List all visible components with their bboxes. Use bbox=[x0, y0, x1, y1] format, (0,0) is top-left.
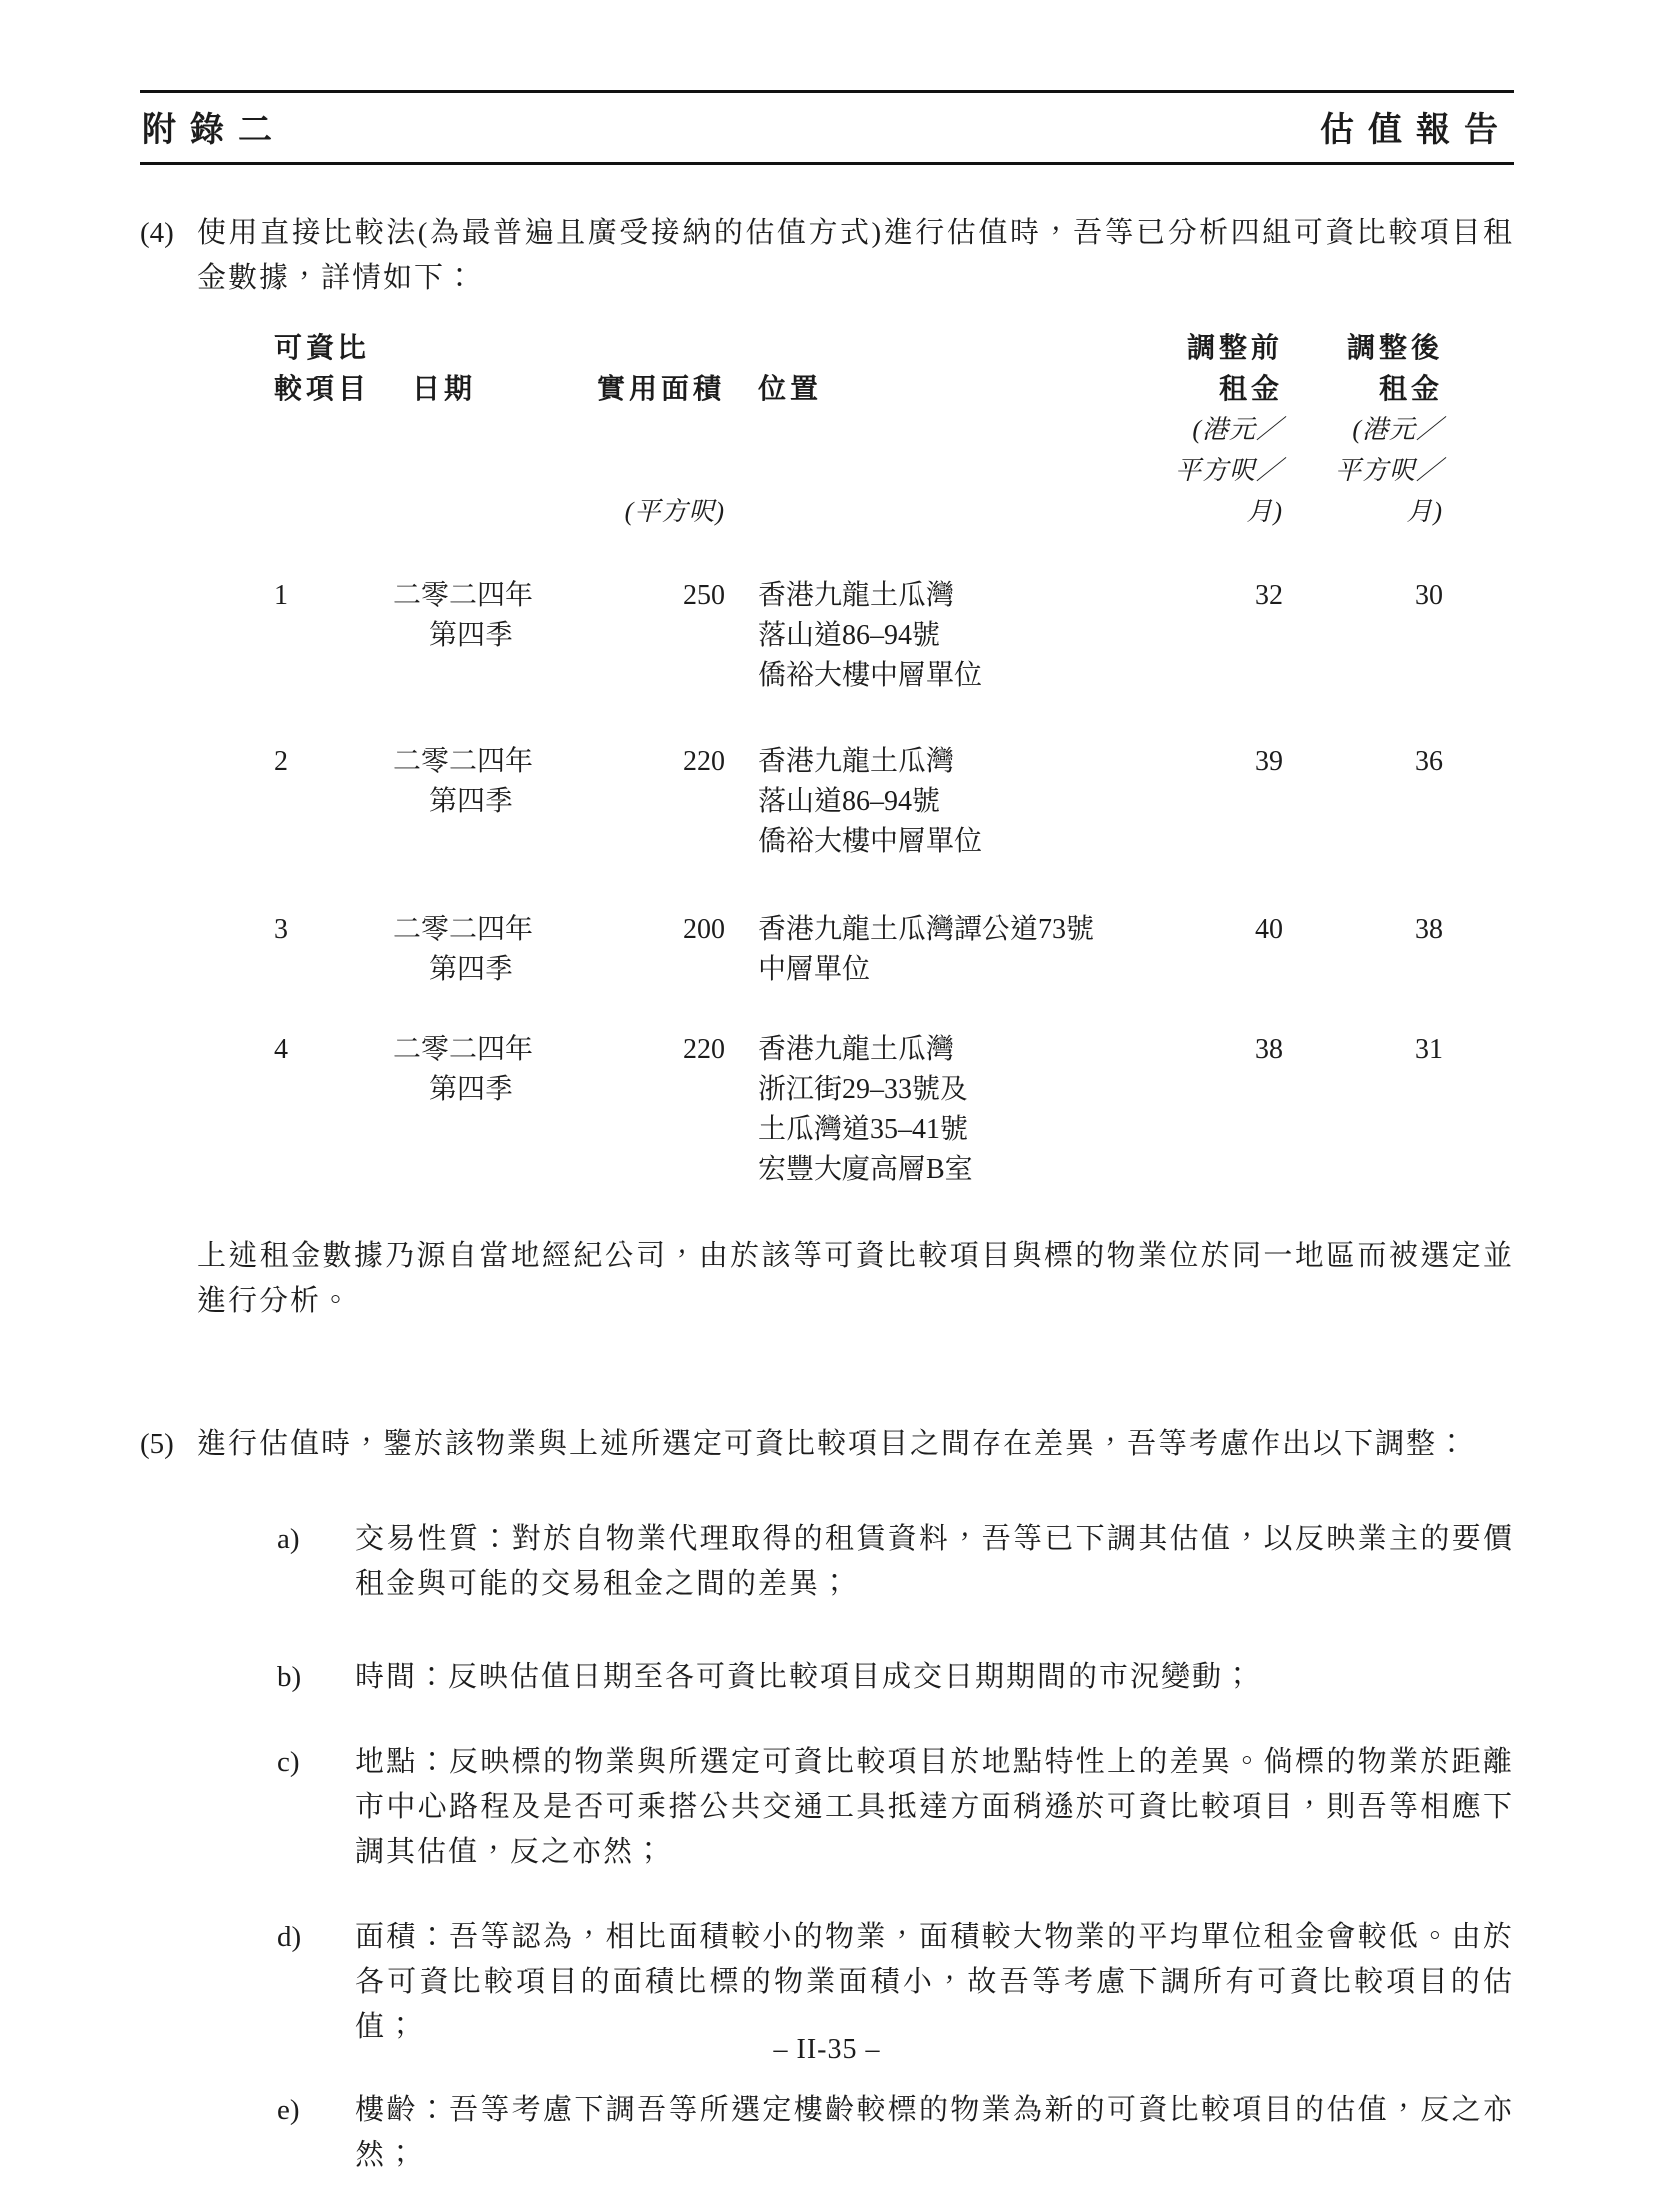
adjustment-text: 樓齡：吾等考慮下調吾等所選定樓齡較標的物業為新的可資比較項目的估值，反之亦然； bbox=[355, 2088, 1514, 2178]
adjustment-marker: d) bbox=[277, 1915, 355, 2050]
rent-before-unit-line1: (港元／ bbox=[1130, 409, 1283, 450]
row-rent-after: 30 bbox=[1283, 576, 1443, 696]
row-rent-after: 38 bbox=[1283, 910, 1443, 990]
table-row: 3 二零二四年 第四季 200 香港九龍土瓜灣譚公道73號 中層單位 40 38 bbox=[274, 910, 1443, 990]
adjustment-marker: e) bbox=[277, 2088, 355, 2178]
row-number: 1 bbox=[274, 576, 393, 696]
adjustment-item-d: d) 面積：吾等認為，相比面積較小的物業，面積較大物業的平均單位租金會較低。由於… bbox=[277, 1915, 1514, 2050]
header-appendix-title: 附錄二 bbox=[142, 102, 286, 151]
col-header-rent-before: 調整前 租金 (港元／ 平方呎／ 月) bbox=[1130, 327, 1283, 532]
rent-after-unit-line1: (港元／ bbox=[1283, 409, 1443, 450]
row-area: 250 bbox=[565, 576, 725, 696]
table-row: 1 二零二四年 第四季 250 香港九龍土瓜灣 落山道86–94號 僑裕大樓中層… bbox=[274, 576, 1443, 696]
row-number: 2 bbox=[274, 742, 393, 862]
page-header: 附錄二 估值報告 bbox=[140, 90, 1514, 165]
section-4-text: 使用直接比較法(為最普遍且廣受接納的估值方式)進行估值時，吾等已分析四組可資比較… bbox=[197, 211, 1514, 301]
rent-before-unit-line3: 月) bbox=[1130, 491, 1283, 532]
row-rent-before: 40 bbox=[1130, 910, 1283, 990]
adjustment-text: 面積：吾等認為，相比面積較小的物業，面積較大物業的平均單位租金會較低。由於各可資… bbox=[355, 1915, 1514, 2050]
row-number: 3 bbox=[274, 910, 393, 990]
row-date: 二零二四年 第四季 bbox=[393, 910, 565, 990]
row-location: 香港九龍土瓜灣譚公道73號 中層單位 bbox=[725, 910, 1130, 990]
row-rent-before: 39 bbox=[1130, 742, 1283, 862]
adjustment-text: 時間：反映估值日期至各可資比較項目成交日期期間的市況變動； bbox=[355, 1655, 1514, 1700]
comparables-table: 可資比 較項目 日期 實用面積 (平方呎) 位置 調整前 租金 (港元 bbox=[274, 327, 1443, 1190]
row-date: 二零二四年 第四季 bbox=[393, 742, 565, 862]
section-5-number: (5) bbox=[140, 1422, 197, 1467]
row-location: 香港九龍土瓜灣 浙江街29–33號及 土瓜灣道35–41號 宏豐大廈高層B室 bbox=[725, 1030, 1130, 1190]
rent-after-unit-line2: 平方呎／ bbox=[1283, 450, 1443, 491]
adjustment-marker: a) bbox=[277, 1517, 355, 1607]
adjustment-item-c: c) 地點：反映標的物業與所選定可資比較項目於地點特性上的差異。倘標的物業於距離… bbox=[277, 1740, 1514, 1875]
section-5-text: 進行估值時，鑒於該物業與上述所選定可資比較項目之間存在差異，吾等考慮作出以下調整… bbox=[197, 1422, 1514, 1467]
row-area: 220 bbox=[565, 1030, 725, 1190]
row-number: 4 bbox=[274, 1030, 393, 1190]
row-date: 二零二四年 第四季 bbox=[393, 576, 565, 696]
area-unit-label: (平方呎) bbox=[565, 491, 725, 532]
section-5-paragraph: (5) 進行估值時，鑒於該物業與上述所選定可資比較項目之間存在差異，吾等考慮作出… bbox=[140, 1422, 1514, 1467]
col-header-rent-after: 調整後 租金 (港元／ 平方呎／ 月) bbox=[1283, 327, 1443, 532]
adjustment-item-e: e) 樓齡：吾等考慮下調吾等所選定樓齡較標的物業為新的可資比較項目的估值，反之亦… bbox=[277, 2088, 1514, 2178]
col-header-comparable: 可資比 較項目 bbox=[274, 327, 393, 532]
page-number: – II-35 – bbox=[0, 2034, 1654, 2066]
adjustment-item-a: a) 交易性質：對於自物業代理取得的租賃資料，吾等已下調其估值，以反映業主的要價… bbox=[277, 1517, 1514, 1607]
adjustment-marker: b) bbox=[277, 1655, 355, 1700]
table-header: 可資比 較項目 日期 實用面積 (平方呎) 位置 調整前 租金 (港元 bbox=[274, 327, 1443, 532]
table-row: 2 二零二四年 第四季 220 香港九龍土瓜灣 落山道86–94號 僑裕大樓中層… bbox=[274, 742, 1443, 862]
adjustment-text: 交易性質：對於自物業代理取得的租賃資料，吾等已下調其估值，以反映業主的要價租金與… bbox=[355, 1517, 1514, 1607]
row-date: 二零二四年 第四季 bbox=[393, 1030, 565, 1190]
row-rent-before: 38 bbox=[1130, 1030, 1283, 1190]
row-rent-before: 32 bbox=[1130, 576, 1283, 696]
row-location: 香港九龍土瓜灣 落山道86–94號 僑裕大樓中層單位 bbox=[725, 576, 1130, 696]
row-area: 220 bbox=[565, 742, 725, 862]
adjustment-text: 地點：反映標的物業與所選定可資比較項目於地點特性上的差異。倘標的物業於距離市中心… bbox=[355, 1740, 1514, 1875]
rent-before-unit-line2: 平方呎／ bbox=[1130, 450, 1283, 491]
row-area: 200 bbox=[565, 910, 725, 990]
table-source-note: 上述租金數據乃源自當地經紀公司，由於該等可資比較項目與標的物業位於同一地區而被選… bbox=[197, 1234, 1514, 1324]
row-location: 香港九龍土瓜灣 落山道86–94號 僑裕大樓中層單位 bbox=[725, 742, 1130, 862]
row-rent-after: 31 bbox=[1283, 1030, 1443, 1190]
rent-after-unit-line3: 月) bbox=[1283, 491, 1443, 532]
col-header-area: 實用面積 (平方呎) bbox=[565, 327, 725, 532]
table-row: 4 二零二四年 第四季 220 香港九龍土瓜灣 浙江街29–33號及 土瓜灣道3… bbox=[274, 1030, 1443, 1190]
col-header-location: 位置 bbox=[725, 327, 1130, 532]
adjustment-item-b: b) 時間：反映估值日期至各可資比較項目成交日期期間的市況變動； bbox=[277, 1655, 1514, 1700]
document-page: 附錄二 估值報告 (4) 使用直接比較法(為最普遍且廣受接納的估值方式)進行估值… bbox=[0, 0, 1654, 2205]
row-rent-after: 36 bbox=[1283, 742, 1443, 862]
col-header-date: 日期 bbox=[393, 327, 565, 532]
section-4-paragraph: (4) 使用直接比較法(為最普遍且廣受接納的估值方式)進行估值時，吾等已分析四組… bbox=[140, 211, 1514, 301]
adjustment-marker: c) bbox=[277, 1740, 355, 1875]
section-4-number: (4) bbox=[140, 211, 197, 301]
header-report-title: 估值報告 bbox=[1320, 102, 1512, 151]
